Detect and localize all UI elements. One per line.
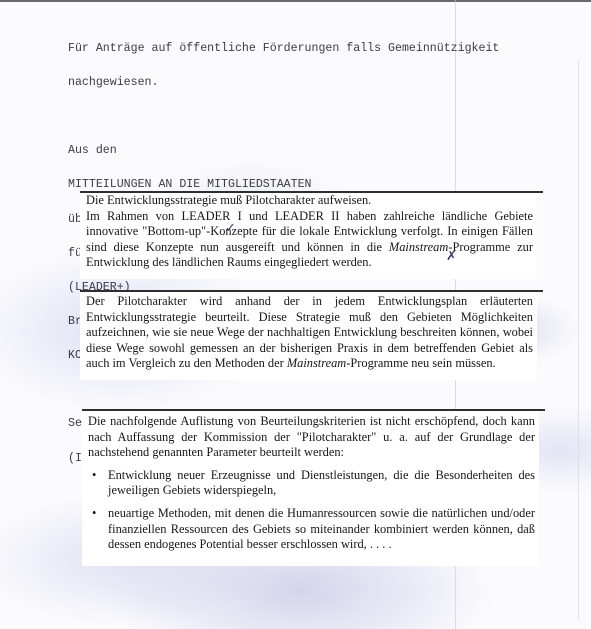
handwritten-x-icon: ✗ (446, 249, 457, 265)
source-line: MITTEILUNGEN AN DIE MITGLIEDSTAATEN (68, 179, 499, 190)
clipping-criteria-list: Die nachfolgende Auflistung von Beurteil… (82, 411, 539, 566)
bullet-icon: • (92, 468, 96, 484)
handwritten-check-icon: ✓ (225, 221, 236, 237)
clipping-paragraph: Der Pilotcharakter wird anhand der in je… (86, 294, 533, 372)
criteria-list: •Entwicklung neuer Erzeugnisse und Diens… (88, 468, 535, 553)
page-top-edge (0, 0, 591, 2)
source-line: Aus den (68, 145, 499, 156)
clipping-pilot-strategy: Die Entwicklungsstrategie muß Pilotchara… (80, 193, 537, 279)
header-line: nachgewiesen. (68, 77, 499, 88)
clipping-pilot-assessment: Der Pilotcharakter wird anhand der in je… (80, 292, 537, 380)
bullet-icon: • (92, 506, 96, 522)
clipping-heading: Die Entwicklungsstrategie muß Pilotchara… (86, 193, 533, 209)
paper-fold-line (578, 60, 579, 620)
list-item: •neuartige Methoden, mit denen die Human… (88, 506, 535, 553)
header-line: Für Anträge auf öffentliche Förderungen … (68, 43, 499, 54)
list-item: •Entwicklung neuer Erzeugnisse und Diens… (88, 468, 535, 499)
clipping-paragraph: Im Rahmen von LEADER I und LEADER II hab… (86, 209, 533, 271)
clipping-lead: Die nachfolgende Auflistung von Beurteil… (88, 414, 535, 461)
